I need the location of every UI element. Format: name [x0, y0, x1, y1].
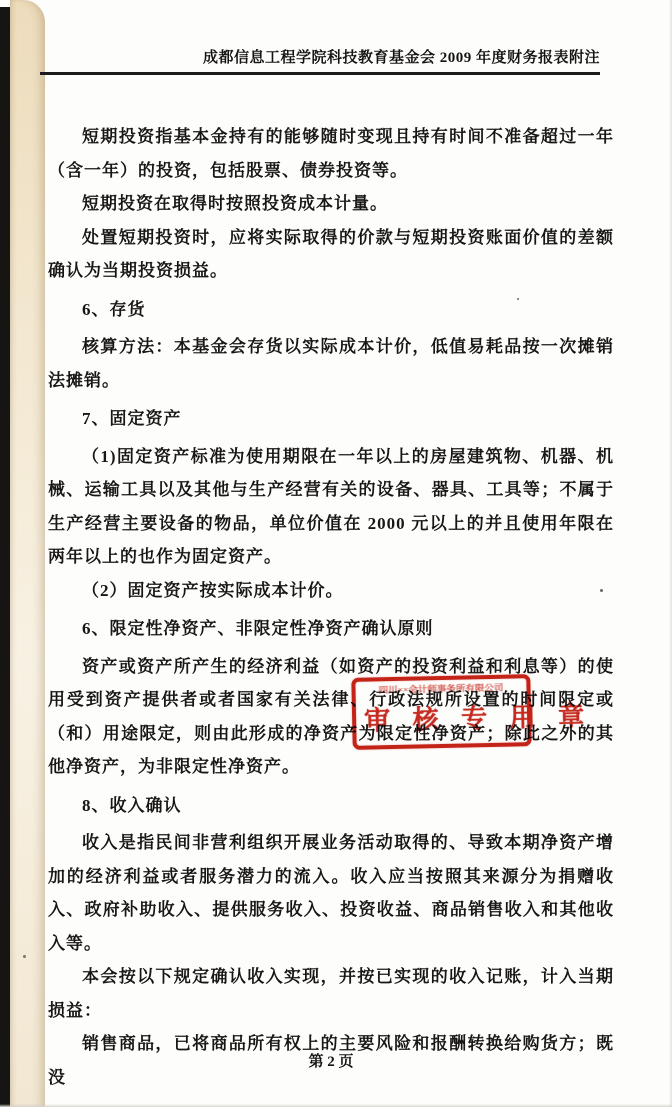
scan-speck — [600, 589, 603, 592]
audit-stamp: 四川××会计师事务所有限公司 审 核 专 用 章 — [351, 674, 531, 750]
body-paragraph: 本会按以下规定确认收入实现，并按已实现的收入记账，计入当期损益： — [48, 960, 614, 1027]
scan-speck — [517, 298, 519, 300]
scan-speck — [585, 876, 587, 878]
body-paragraph: 处置短期投资时，应将实际取得的价款与短期投资账面价值的差额确认为当期投资损益。 — [48, 221, 614, 288]
stamp-company-text: 四川××会计师事务所有限公司 — [355, 680, 526, 696]
page-curl-edge — [10, 0, 45, 1107]
scanned-document-page: 成都信息工程学院科技教育基金会 2009 年度财务报表附注 短期投资指基本金持有… — [0, 0, 672, 1107]
page-number: 第 2 页 — [48, 1050, 614, 1071]
body-paragraph: 短期投资指基本金持有的能够随时变现且持有时间不准备超过一年（含一年）的投资，包括… — [48, 120, 614, 187]
stamp-main-text: 审 核 专 用 章 — [356, 697, 528, 738]
section-heading: 7、固定资产 — [48, 402, 614, 436]
section-heading: 8、收入确认 — [48, 789, 614, 823]
body-paragraph: 核算方法：本基金会存货以实际成本计价，低值易耗品按一次摊销法摊销。 — [48, 330, 614, 397]
scan-speck — [23, 955, 26, 958]
document-header-title: 成都信息工程学院科技教育基金会 2009 年度财务报表附注 — [40, 46, 600, 75]
section-heading: 6、存货 — [48, 293, 614, 327]
document-body: 短期投资指基本金持有的能够随时变现且持有时间不准备超过一年（含一年）的投资，包括… — [48, 120, 614, 1094]
body-paragraph: （1)固定资产标准为使用期限在一年以上的房屋建筑物、机器、机械、运输工具以及其他… — [48, 440, 614, 574]
body-paragraph: （2）固定资产按实际成本计价。 — [48, 574, 614, 608]
body-paragraph: 短期投资在取得时按照投资成本计量。 — [48, 187, 614, 221]
body-paragraph: 收入是指民间非营利组织开展业务活动取得的、导致本期净资产增加的经济利益或者服务潜… — [48, 826, 614, 960]
section-heading: 6、限定性净资产、非限定性净资产确认原则 — [48, 612, 614, 646]
